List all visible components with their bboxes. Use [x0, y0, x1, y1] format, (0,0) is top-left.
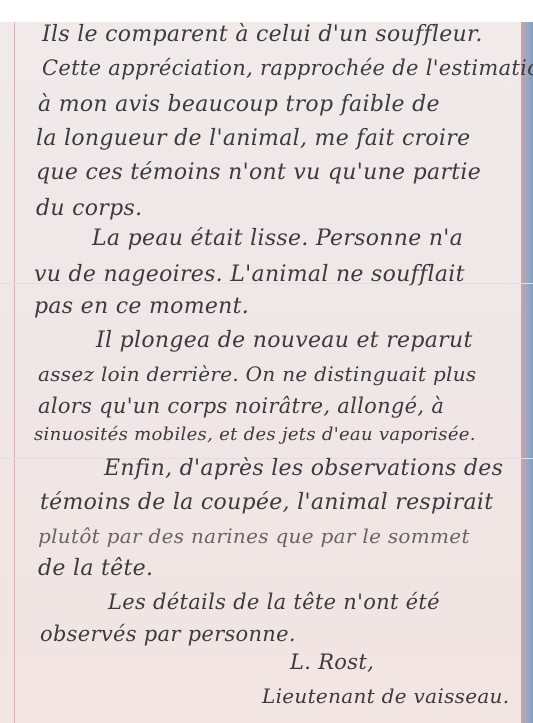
- text-line: sinuosités mobiles, et des jets d'eau va…: [34, 424, 476, 445]
- text-line: de la tête.: [38, 556, 153, 581]
- page-edge: [521, 22, 533, 723]
- text-line: Les détails de la tête n'ont été: [108, 590, 440, 614]
- text-line: observés par personne.: [40, 622, 296, 646]
- text-line: pas en ce moment.: [34, 294, 249, 319]
- text-line: La peau était lisse. Personne n'a: [92, 226, 463, 251]
- margin-line: [14, 22, 15, 723]
- text-line: Enfin, d'après les observations des: [104, 456, 503, 481]
- text-line: plutôt par des narines que par le sommet: [38, 524, 470, 548]
- text-line: Ils le comparent à celui d'un souffleur.: [42, 22, 483, 47]
- text-line: témoins de la coupée, l'animal respirait: [40, 490, 493, 515]
- text-line: vu de nageoires. L'animal ne soufflait: [34, 262, 465, 287]
- text-line: alors qu'un corps noirâtre, allongé, à: [38, 394, 444, 418]
- text-line: que ces témoins n'ont vu qu'une partie: [36, 160, 481, 185]
- text-line: la longueur de l'animal, me fait croire: [36, 126, 470, 151]
- text-line: Cette appréciation, rapprochée de l'esti…: [42, 56, 533, 80]
- signature-title: Lieutenant de vaisseau.: [262, 684, 509, 708]
- text-line: Il plongea de nouveau et reparut: [96, 328, 473, 353]
- text-line: à mon avis beaucoup trop faible de: [38, 92, 440, 117]
- text-line: du corps.: [36, 196, 142, 221]
- signature-name: L. Rost,: [290, 650, 374, 674]
- text-line: assez loin derrière. On ne distinguait p…: [38, 362, 477, 386]
